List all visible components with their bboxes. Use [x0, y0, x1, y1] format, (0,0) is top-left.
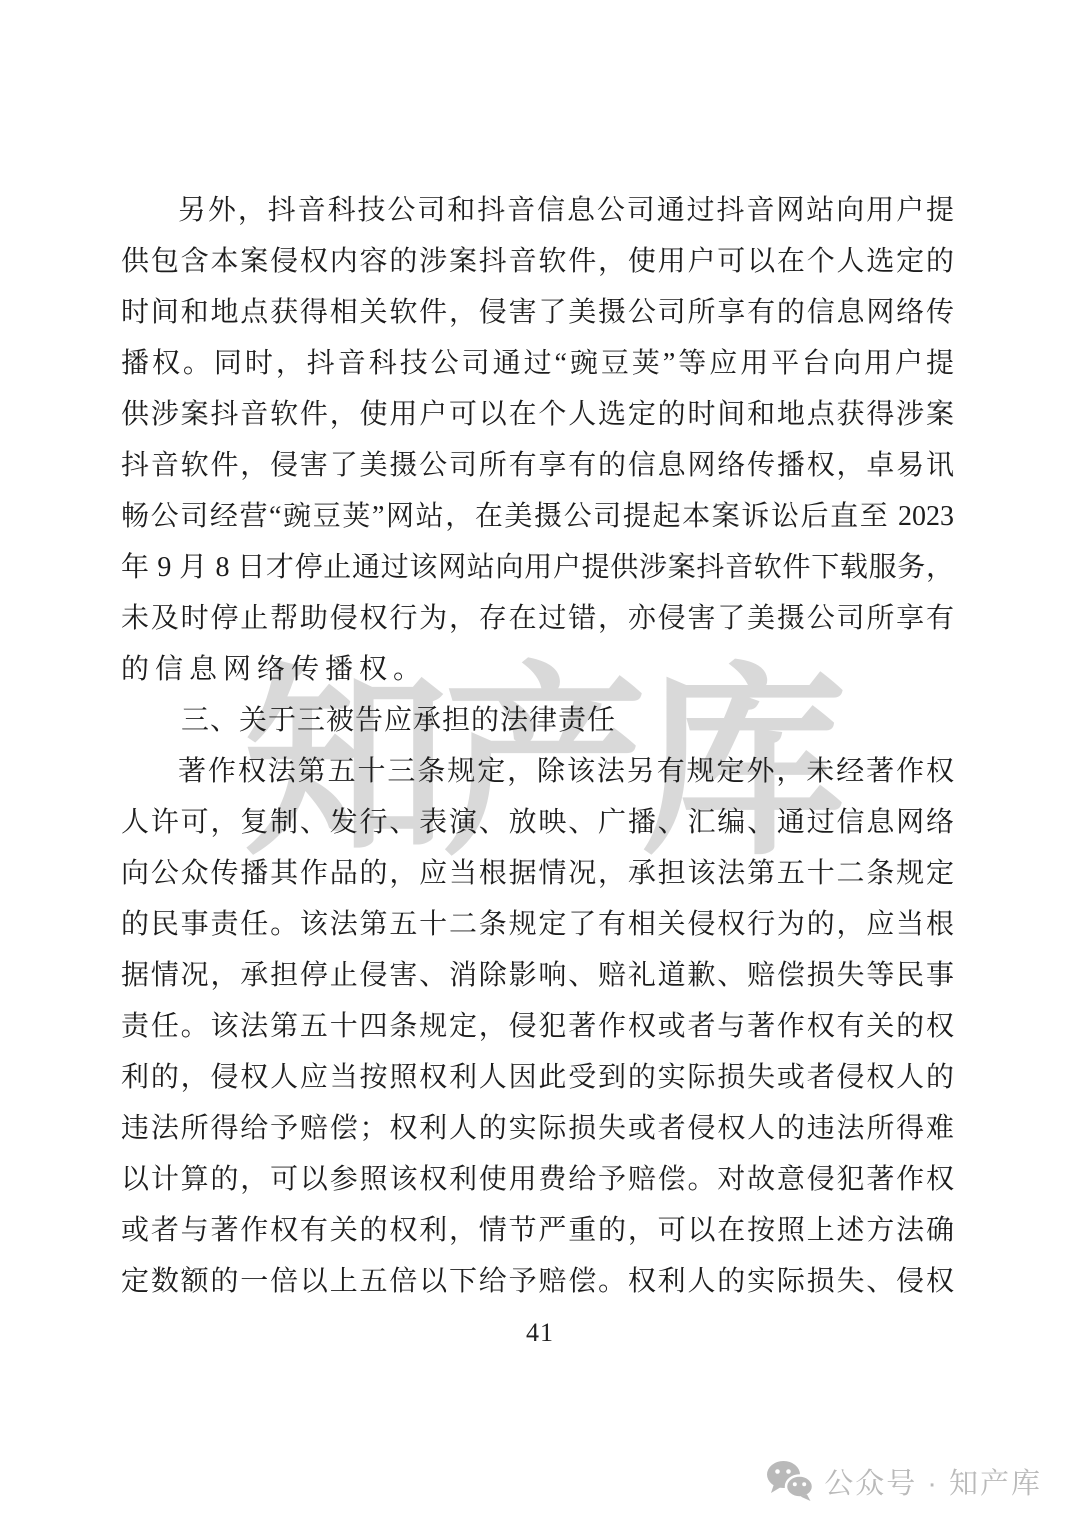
- document-body: 另外，抖音科技公司和抖音信息公司通过抖音网站向用户提供包含本案侵权内容的涉案抖音…: [121, 185, 954, 1307]
- section-heading: 三、关于三被告应承担的法律责任: [181, 695, 954, 746]
- text-line: 或者与著作权有关的权利，情节严重的，可以在按照上述方法确: [121, 1205, 954, 1256]
- wechat-icon: [766, 1460, 814, 1502]
- text-line: 以计算的，可以参照该权利使用费给予赔偿。对故意侵犯著作权: [121, 1154, 954, 1205]
- text-line: 年 9 月 8 日才停止通过该网站向用户提供涉案抖音软件下载服务，: [121, 542, 954, 593]
- paragraph-2: 著作权法第五十三条规定，除该法另有规定外，未经著作权人许可，复制、发行、表演、放…: [121, 746, 954, 1307]
- text-line: 的民事责任。该法第五十二条规定了有相关侵权行为的，应当根: [121, 899, 954, 950]
- text-line: 抖音软件，侵害了美摄公司所有享有的信息网络传播权，卓易讯: [121, 440, 954, 491]
- text-line: 供包含本案侵权内容的涉案抖音软件，使用户可以在个人选定的: [121, 236, 954, 287]
- footer-label: 公众号 · 知产库: [824, 1461, 1042, 1502]
- text-line: 播权。同时，抖音科技公司通过“豌豆荚”等应用平台向用户提: [121, 338, 954, 389]
- text-line: 人许可，复制、发行、表演、放映、广播、汇编、通过信息网络: [121, 797, 954, 848]
- footer-brand: 公众号 · 知产库: [766, 1458, 1042, 1504]
- text-line: 时间和地点获得相关软件，侵害了美摄公司所享有的信息网络传: [121, 287, 954, 338]
- text-line: 利的，侵权人应当按照权利人因此受到的实际损失或者侵权人的: [121, 1052, 954, 1103]
- document-page: 知产库 另外，抖音科技公司和抖音信息公司通过抖音网站向用户提供包含本案侵权内容的…: [0, 0, 1080, 1527]
- text-line: 责任。该法第五十四条规定，侵犯著作权或者与著作权有关的权: [121, 1001, 954, 1052]
- page-number: 41: [0, 1318, 1080, 1348]
- text-line: 向公众传播其作品的，应当根据情况，承担该法第五十二条规定: [121, 848, 954, 899]
- paragraph-1: 另外，抖音科技公司和抖音信息公司通过抖音网站向用户提供包含本案侵权内容的涉案抖音…: [121, 185, 954, 695]
- text-line: 畅公司经营“豌豆荚”网站，在美摄公司提起本案诉讼后直至 2023: [121, 491, 954, 542]
- text-line: 著作权法第五十三条规定，除该法另有规定外，未经著作权: [121, 746, 954, 797]
- text-line: 违法所得给予赔偿；权利人的实际损失或者侵权人的违法所得难: [121, 1103, 954, 1154]
- text-line: 据情况，承担停止侵害、消除影响、赔礼道歉、赔偿损失等民事: [121, 950, 954, 1001]
- text-line: 的信息网络传播权。: [121, 644, 954, 695]
- text-line: 另外，抖音科技公司和抖音信息公司通过抖音网站向用户提: [121, 185, 954, 236]
- text-line: 未及时停止帮助侵权行为，存在过错，亦侵害了美摄公司所享有: [121, 593, 954, 644]
- text-line: 供涉案抖音软件，使用户可以在个人选定的时间和地点获得涉案: [121, 389, 954, 440]
- text-line: 定数额的一倍以上五倍以下给予赔偿。权利人的实际损失、侵权: [121, 1256, 954, 1307]
